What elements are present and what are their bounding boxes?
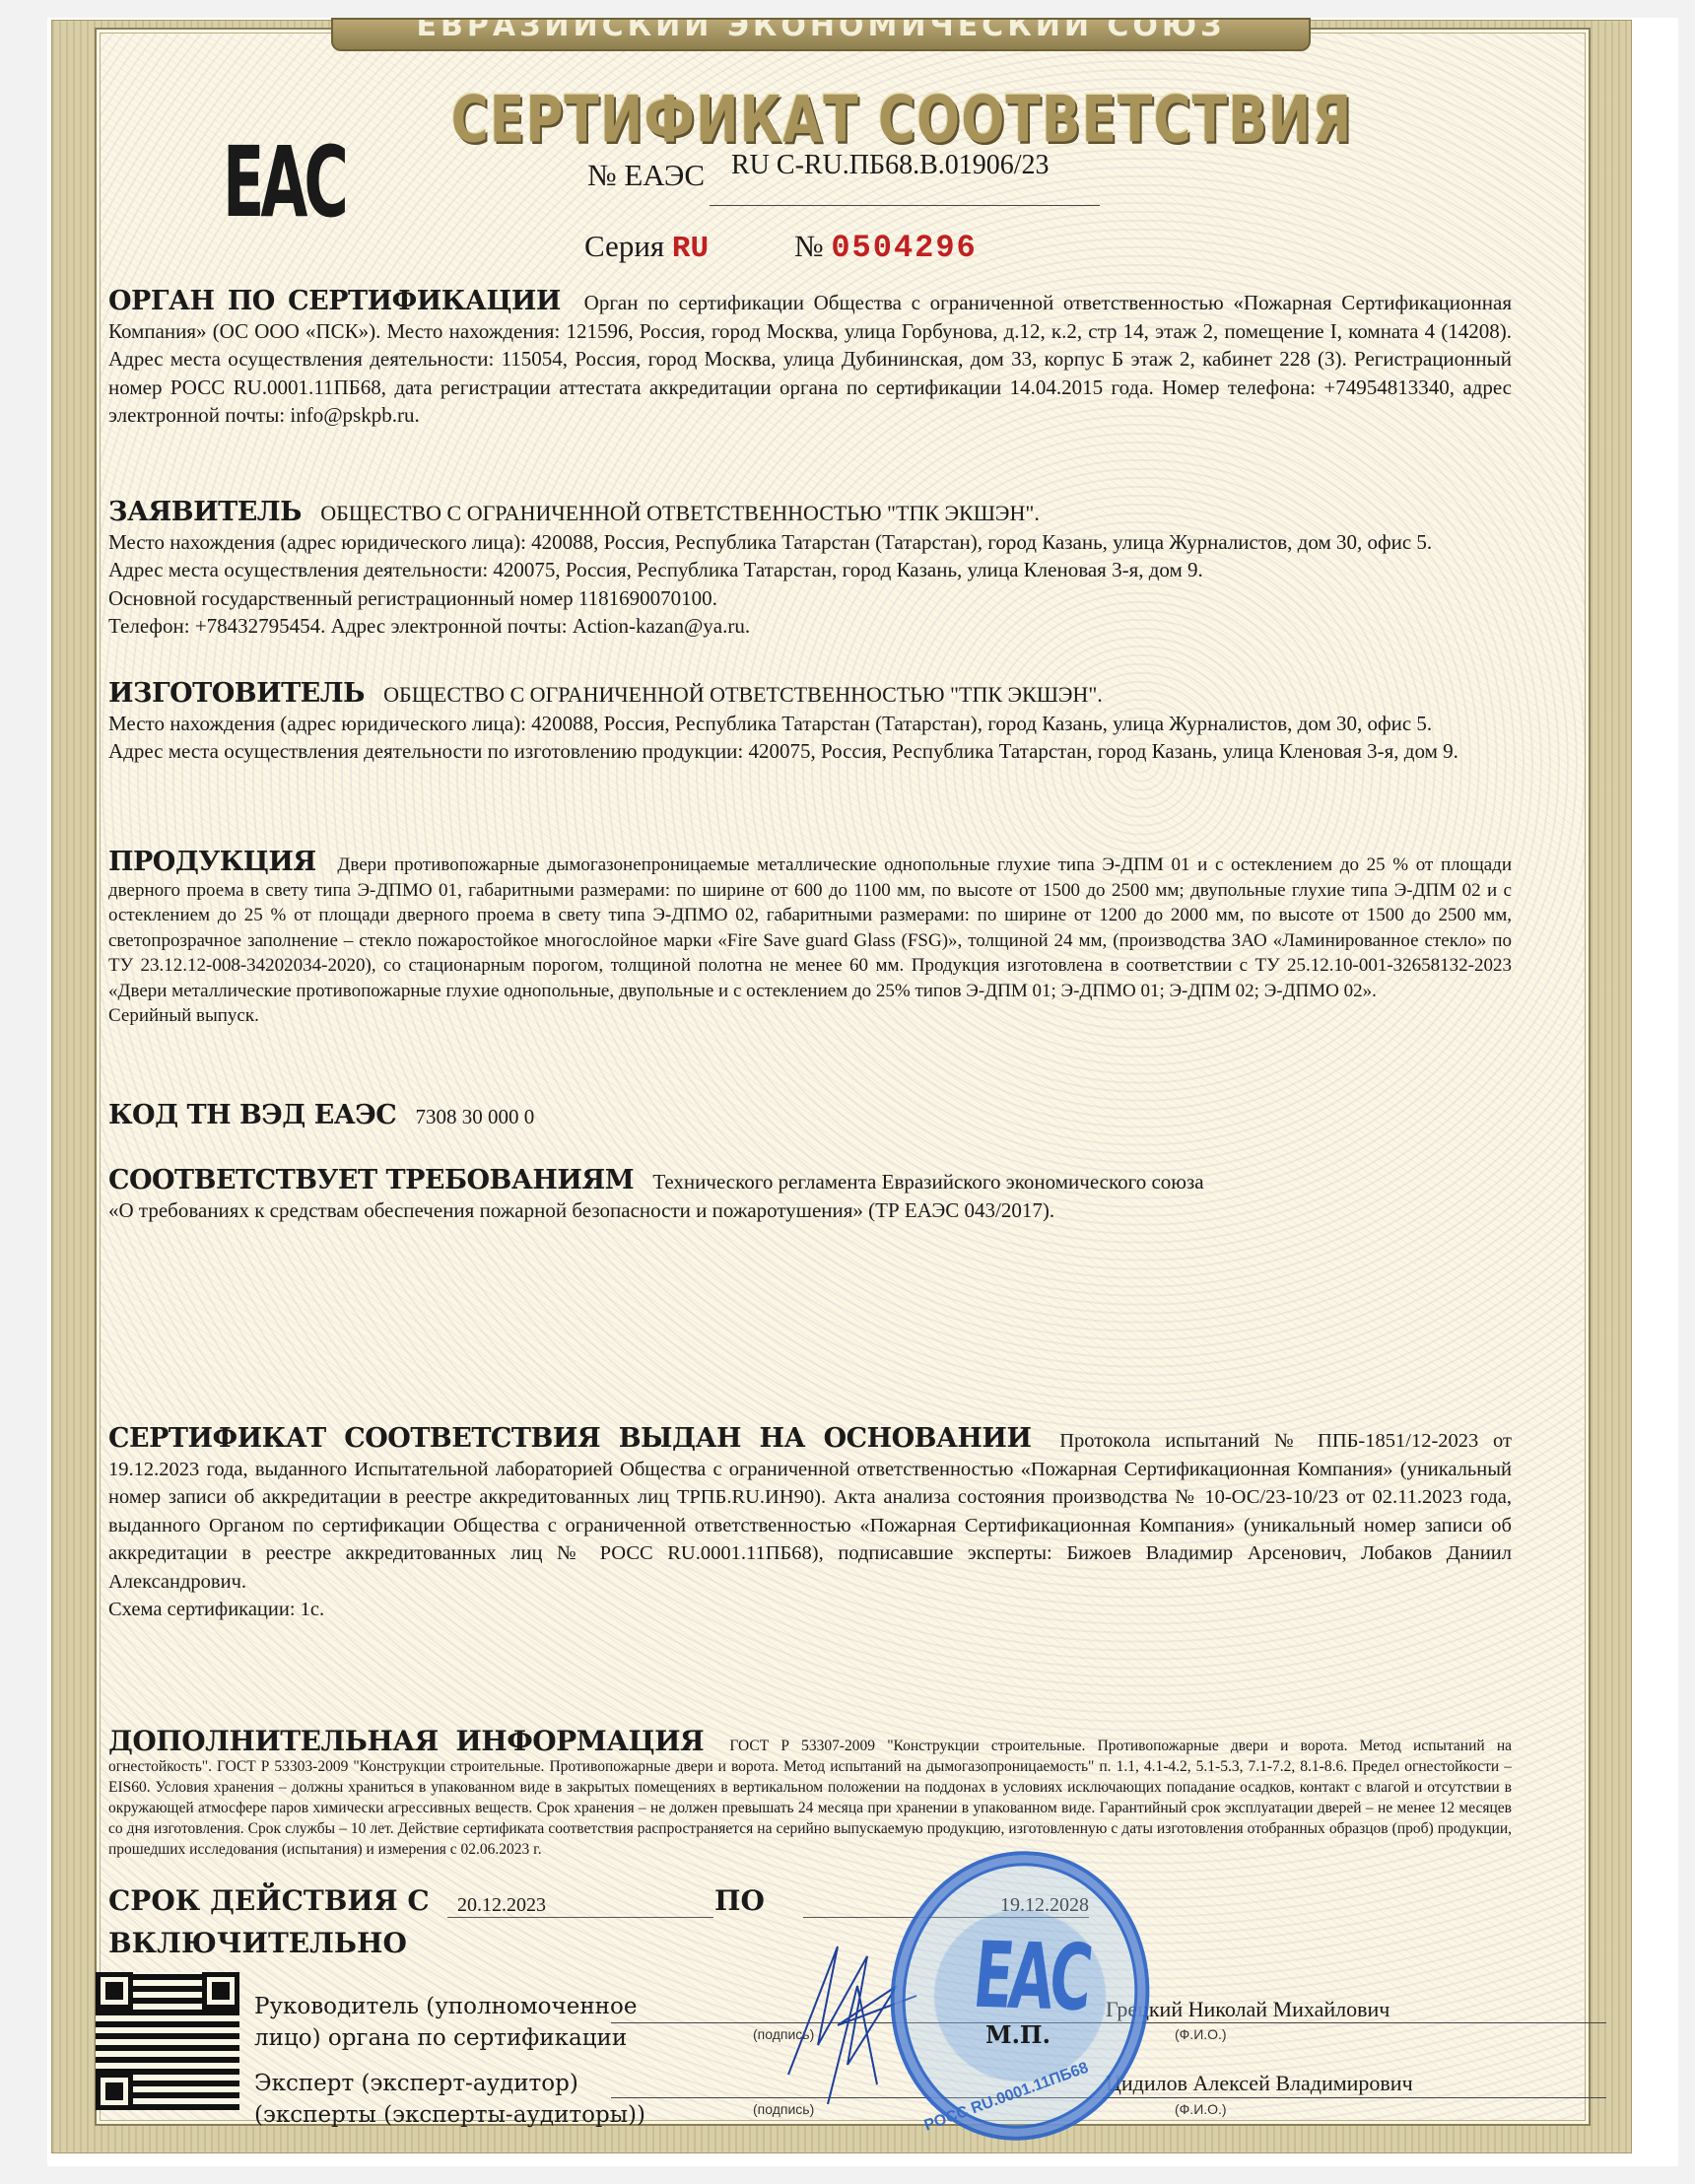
expert-label-line: (эксперты (эксперты-аудиторы)) xyxy=(254,2099,645,2131)
additional-info-section: ДОПОЛНИТЕЛЬНАЯ ИНФОРМАЦИЯ ГОСТ Р 53307-2… xyxy=(108,1731,1512,1860)
seal-label: М.П. xyxy=(985,2020,1051,2049)
hs-code-value: 7308 30 000 0 xyxy=(415,1105,534,1128)
validity-from-label: СРОК ДЕЙСТВИЯ С xyxy=(108,1884,430,1917)
union-banner: ЕВРАЗИЙСКИЙ ЭКОНОМИЧЕСКИЙ СОЮЗ xyxy=(331,18,1311,51)
section-heading: ОРГАН ПО СЕРТИФИКАЦИИ xyxy=(108,286,561,316)
product-release: Серийный выпуск. xyxy=(108,1003,1512,1029)
blank-number-label: № xyxy=(794,229,824,263)
manufacturer-name: ОБЩЕСТВО С ОГРАНИЧЕННОЙ ОТВЕТСТВЕННОСТЬЮ… xyxy=(383,682,1103,707)
expert-label-line: Эксперт (эксперт-аудитор) xyxy=(254,2068,645,2099)
series-value: RU xyxy=(672,232,709,266)
stamp-ring-text: РОСС RU.0001.11ПБ68 xyxy=(922,2060,1091,2136)
certificate-number-value: RU C-RU.ПБ68.В.01906/23 xyxy=(731,150,1050,181)
series: Серия RU xyxy=(584,229,709,266)
section-heading: ЗАЯВИТЕЛЬ xyxy=(108,497,302,527)
basis-text: Протокола испытаний № ППБ-1851/12-2023 о… xyxy=(108,1430,1512,1593)
eac-logo-icon: EAC xyxy=(223,134,321,292)
expert-signatory-label: Эксперт (эксперт-аудитор) (эксперты (экс… xyxy=(254,2068,645,2131)
manufacturer-line: Адрес места осуществления деятельности п… xyxy=(108,737,1512,766)
stamp-eac-icon: EAC xyxy=(969,1922,1093,2031)
head-label-line: Руководитель (уполномоченное xyxy=(254,1991,637,2022)
validity-period: СРОК ДЕЙСТВИЯ С 20.12.2023 ПО 19.12.2028 xyxy=(108,1884,1508,1917)
compliance-section: СООТВЕТСТВУЕТ ТРЕБОВАНИЯМ Технического р… xyxy=(108,1167,1512,1224)
certification-scheme: Схема сертификации: 1с. xyxy=(108,1596,1512,1624)
blank-number: № 0504296 xyxy=(794,229,978,266)
applicant-line: Место нахождения (адрес юридического лиц… xyxy=(108,528,1512,557)
validity-from-date: 20.12.2023 xyxy=(447,1894,713,1918)
manufacturer-section: ИЗГОТОВИТЕЛЬ ОБЩЕСТВО С ОГРАНИЧЕННОЙ ОТВ… xyxy=(108,680,1512,766)
section-heading: СЕРТИФИКАТ СООТВЕТСТВИЯ ВЫДАН НА ОСНОВАН… xyxy=(108,1423,1031,1454)
applicant-section: ЗАЯВИТЕЛЬ ОБЩЕСТВО С ОГРАНИЧЕННОЙ ОТВЕТС… xyxy=(108,499,1512,641)
qr-finder-icon xyxy=(96,2073,133,2110)
additional-info-text: ГОСТ Р 53307-2009 "Конструкции строитель… xyxy=(108,1738,1512,1858)
certification-body-section: ОРГАН ПО СЕРТИФИКАЦИИ Орган по сертифика… xyxy=(108,288,1512,430)
basis-section: СЕРТИФИКАТ СООТВЕТСТВИЯ ВЫДАН НА ОСНОВАН… xyxy=(108,1425,1512,1624)
product-text: Двери противопожарные дымогазонепроницае… xyxy=(108,854,1512,1001)
validity-to-label: ПО xyxy=(714,1884,765,1917)
section-heading: КОД ТН ВЭД ЕАЭС xyxy=(108,1100,396,1130)
compliance-line: Технического регламента Евразийского эко… xyxy=(652,1170,1203,1194)
applicant-name: ОБЩЕСТВО С ОГРАНИЧЕННОЙ ОТВЕТСТВЕННОСТЬЮ… xyxy=(320,501,1040,525)
hs-code-section: КОД ТН ВЭД ЕАЭС 7308 30 000 0 xyxy=(108,1102,1512,1131)
section-heading: ПРОДУКЦИЯ xyxy=(108,847,316,877)
product-section: ПРОДУКЦИЯ Двери противопожарные дымогазо… xyxy=(108,850,1512,1029)
series-label: Серия xyxy=(584,229,664,263)
head-label-line: лицо) органа по сертификации xyxy=(254,2022,637,2054)
certificate-number-label: № ЕАЭС xyxy=(587,158,705,192)
compliance-line: «О требованиях к средствам обеспечения п… xyxy=(108,1196,1512,1225)
expert-name: Цидилов Алексей Владимирович xyxy=(1106,2071,1413,2096)
name-caption: (Ф.И.О.) xyxy=(1175,2026,1227,2042)
qr-finder-icon xyxy=(96,1972,133,2010)
name-caption: (Ф.И.О.) xyxy=(1175,2101,1227,2117)
qr-code-icon[interactable] xyxy=(96,1972,239,2110)
section-heading: ДОПОЛНИТЕЛЬНАЯ ИНФОРМАЦИЯ xyxy=(108,1725,704,1757)
manufacturer-line: Место нахождения (адрес юридического лиц… xyxy=(108,710,1512,738)
section-heading: ИЗГОТОВИТЕЛЬ xyxy=(108,678,365,709)
divider xyxy=(710,205,1100,206)
applicant-line: Телефон: +78432795454. Адрес электронной… xyxy=(108,612,1512,641)
certificate-number: № ЕАЭС RU C-RU.ПБ68.В.01906/23 xyxy=(587,158,705,193)
qr-finder-icon xyxy=(202,1972,239,2010)
blank-number-value: 0504296 xyxy=(831,230,977,266)
applicant-line: Основной государственный регистрационный… xyxy=(108,584,1512,613)
validity-inclusive: ВКЛЮЧИТЕЛЬНО xyxy=(108,1927,407,1959)
head-signatory-label: Руководитель (уполномоченное лицо) орган… xyxy=(254,1991,637,2054)
section-heading: СООТВЕТСТВУЕТ ТРЕБОВАНИЯМ xyxy=(108,1165,634,1195)
applicant-line: Адрес места осуществления деятельности: … xyxy=(108,556,1512,584)
